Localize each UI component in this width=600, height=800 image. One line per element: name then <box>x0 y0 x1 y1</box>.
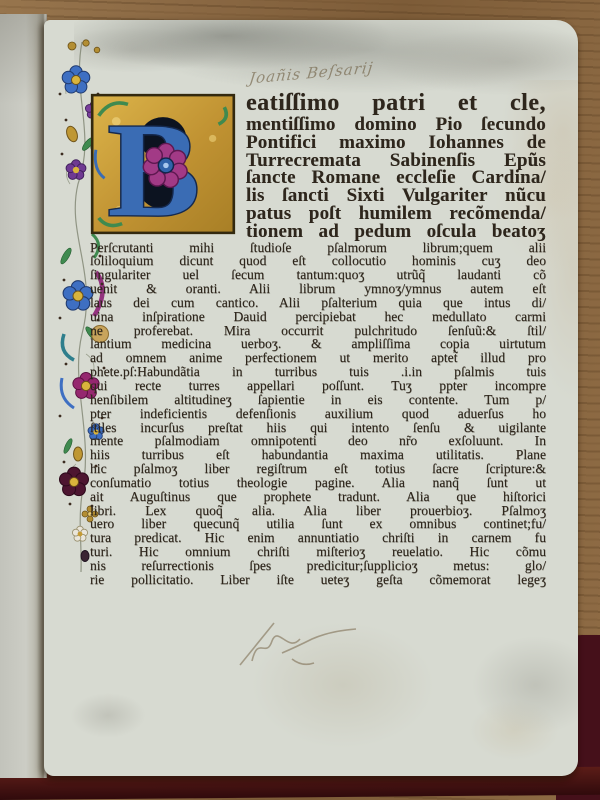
gold-bud-icon <box>74 447 83 461</box>
body-text-line: turi. Hic omnium chriſti miſterioʒ reuel… <box>90 545 546 559</box>
body-text-line: phete.pſ:Habundãtia in turribus tuis .i.… <box>90 365 546 379</box>
blue-curl-icon <box>61 378 74 408</box>
body-text-line: hic pſalmoʒ liber regiſtrum eſt totius ſ… <box>90 462 546 476</box>
book-page: Joañis Beſsarij B <box>44 20 578 776</box>
illuminated-initial: B <box>90 93 236 235</box>
blue-flower-icon <box>63 281 93 310</box>
blue-flower-icon <box>62 66 90 93</box>
dark-bud-icon <box>81 551 89 562</box>
body-text-block: Perſcrutanti mihi ſtudioſe pſalmorum lib… <box>90 241 546 587</box>
maroon-flower-icon <box>60 467 89 496</box>
body-text-line: conſumatio totius theologie pagine. Alia… <box>90 476 546 490</box>
gold-bud-icon <box>65 125 80 143</box>
body-text-line: henſibilem altitudineʒ ſapientie in eis … <box>90 393 546 407</box>
book-underpages <box>0 14 47 778</box>
body-text-line: ſingulariter uel ſecum tantum:quoʒ utrũq… <box>90 268 546 282</box>
body-text-line: uina inſpiratione Dauid percipiebat hec … <box>90 310 546 324</box>
body-text-line: ne proferebat. Mira occurrit pulchritudo… <box>90 324 546 338</box>
body-text-line: uenit & oranti. Alii librum ymnoʒ/ymnus … <box>90 282 546 296</box>
body-text-line: ad omnem anime perfectionem ut merito ap… <box>90 351 546 365</box>
body-text-line: mente pſalmodiam omnipotenti deo nr̃o ex… <box>90 434 546 448</box>
body-text-line: ait Auguſtinus que prophete tradunt. Ali… <box>90 490 546 504</box>
body-text-line: qui recte turres appellari poſſunt. Tuʒ … <box>90 379 546 393</box>
printed-text-block: B eatiſſimo patri et cle, m <box>90 90 546 587</box>
body-text-line: ſtiles incurſus preſtat hiis qui intento… <box>90 421 546 435</box>
body-text-line: laus dei cum cantico. Alii pſalterium qu… <box>90 296 546 310</box>
teal-curl-icon <box>62 334 74 360</box>
ink-scribble <box>222 613 382 683</box>
body-text-line: Perſcrutanti mihi ſtudioſe pſalmorum lib… <box>90 241 546 255</box>
body-text-line: nis reſurrectionis ſpes predicitur;ſuppl… <box>90 559 546 573</box>
body-text-line: rie pollicitatio. Liber iſte ueteʒ geſta… <box>90 573 546 587</box>
body-text-line: tura predicat. Hic enim annuntiatio chri… <box>90 531 546 545</box>
body-text-line: ſoliloquium dicunt quod eſt collocutio h… <box>90 254 546 268</box>
body-text-line: pter indeficientis defenſionis auxilium … <box>90 407 546 421</box>
body-text-line: libri. Lex quoq̃ alia. Alia liber prouer… <box>90 504 546 518</box>
white-flower-icon <box>72 526 87 541</box>
body-text-line: hiis turribus eſt habundantia maxima uti… <box>90 448 546 462</box>
book-photograph: Joañis Beſsarij B <box>0 0 600 800</box>
body-text-line: uero liber quecunq̃ utilia ſunt ex omnib… <box>90 517 546 531</box>
